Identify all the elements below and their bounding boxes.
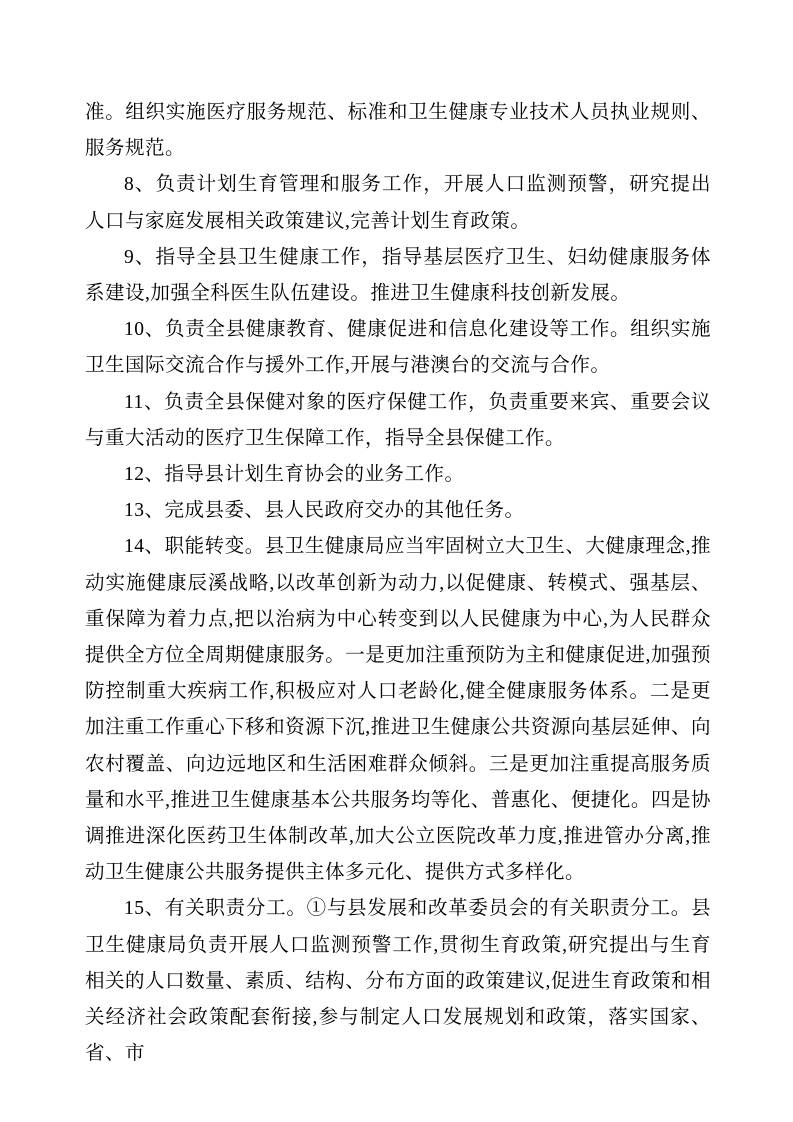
paragraph-item-15: 15、有关职责分工。①与县发展和改革委员会的有关职责分工。县卫生健康局负责开展人… bbox=[85, 891, 711, 1072]
paragraph-item-12: 12、指导县计划生育协会的业务工作。 bbox=[85, 457, 711, 493]
paragraph-item-14: 14、职能转变。县卫生健康局应当牢固树立大卫生、大健康理念,推动实施健康辰溪战略… bbox=[85, 529, 711, 891]
paragraph-item-10: 10、负责全县健康教育、健康促进和信息化建设等工作。组织实施卫生国际交流合作与援… bbox=[85, 312, 711, 384]
paragraph-item-11: 11、负责全县保健对象的医疗保健工作，负责重要来宾、重要会议与重大活动的医疗卫生… bbox=[85, 385, 711, 457]
paragraph-continuation: 准。组织实施医疗服务规范、标准和卫生健康专业技术人员执业规则、服务规范。 bbox=[85, 95, 711, 167]
document-page: 准。组织实施医疗服务规范、标准和卫生健康专业技术人员执业规则、服务规范。 8、负… bbox=[0, 0, 793, 1122]
paragraph-item-13: 13、完成县委、县人民政府交办的其他任务。 bbox=[85, 493, 711, 529]
paragraph-item-9: 9、指导全县卫生健康工作，指导基层医疗卫生、妇幼健康服务体系建设,加强全科医生队… bbox=[85, 240, 711, 312]
paragraph-item-8: 8、负责计划生育管理和服务工作，开展人口监测预警，研究提出人口与家庭发展相关政策… bbox=[85, 167, 711, 239]
